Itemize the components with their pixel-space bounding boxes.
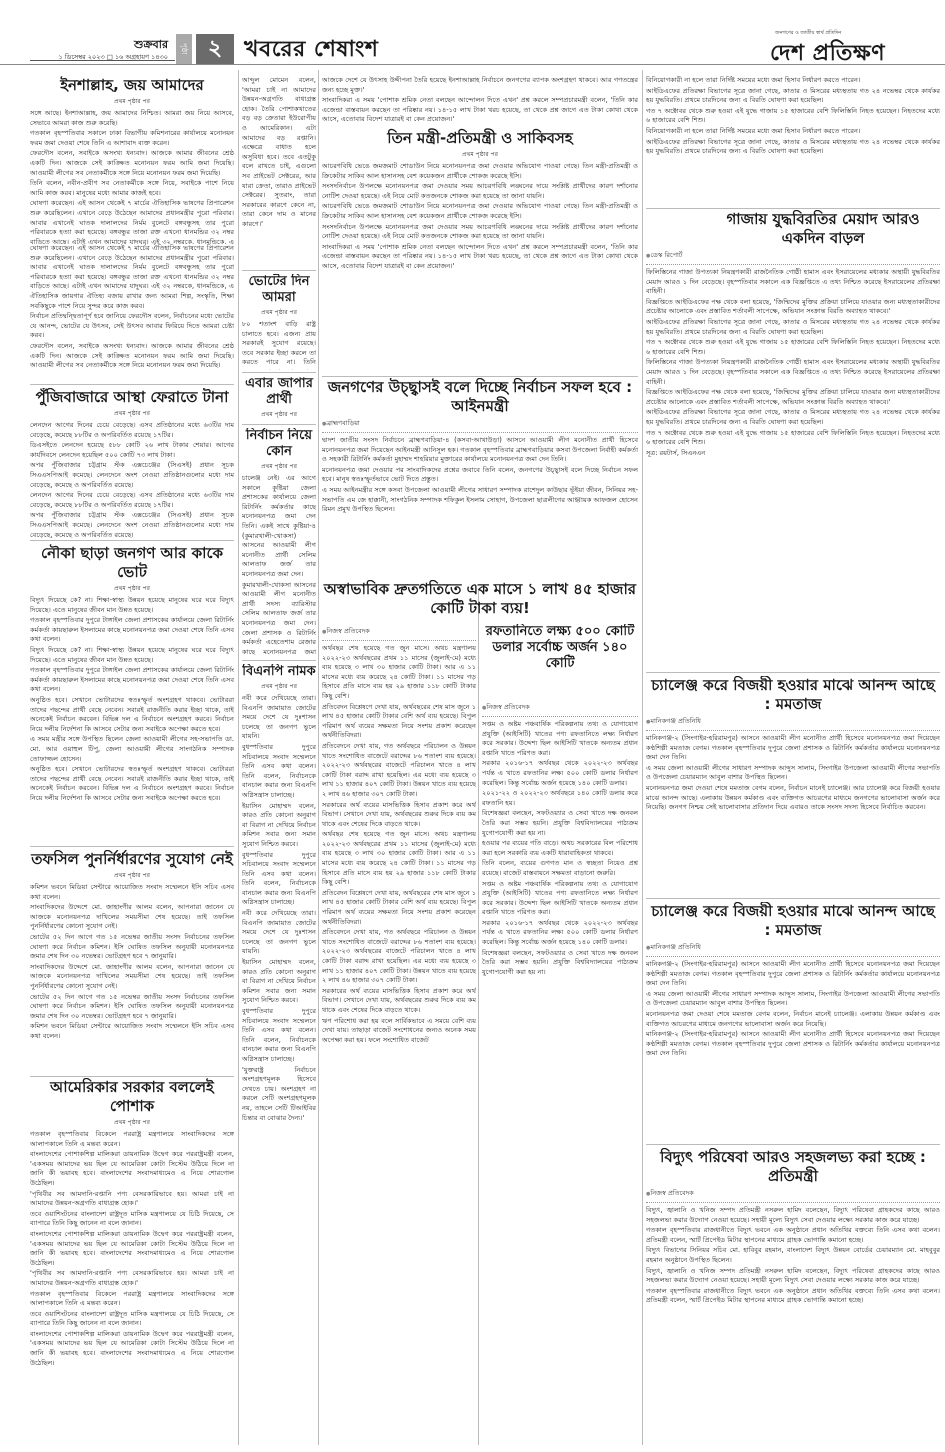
article-body: লেনদেন আগের দিনের চেয়ে বেড়েছে। এসব প্র… — [30, 421, 234, 538]
headline[interactable]: চ্যালেঞ্জ করে বিজয়ী হওয়ার মাঝে আনন্দ আ… — [646, 902, 940, 940]
headline[interactable]: ইনশাল্লাহ, জয় আমাদের — [30, 76, 234, 95]
kicker: প্রথম পৃষ্ঠার পর — [322, 149, 638, 160]
headline[interactable]: তফসিল পুনর্নির্ধারণের সুযোগ নেই — [30, 850, 234, 869]
headline[interactable]: ভোটের দিন আমরা — [242, 274, 316, 306]
article-divider — [30, 540, 234, 541]
headline[interactable]: তিন মন্ত্রী-প্রতিমন্ত্রী ও সাকিবসহ — [322, 129, 638, 148]
headline[interactable]: আমেরিকার সরকার বললেই পোশাক — [30, 1078, 234, 1116]
byline: নিজস্ব প্রতিবেদক — [322, 626, 476, 641]
kicker: প্রথম পৃষ্ঠার পর — [242, 307, 316, 318]
kicker: প্রথম পৃষ্ঠার পর — [30, 408, 234, 419]
article-us-garment[interactable]: আমেরিকার সরকার বললেই পোশাক প্রথম পৃষ্ঠার… — [30, 1078, 234, 1448]
headline[interactable]: পুঁজিবাজারে আস্থা ফেরাতে টানা — [30, 388, 234, 407]
article-election-which[interactable]: নির্বাচন নিয়ে কোন প্রথম পৃষ্ঠার পর চালে… — [242, 428, 316, 658]
headline[interactable]: জনগণের উচ্ছ্বাসই বলে দিচ্ছে নির্বাচন সফল… — [322, 378, 638, 416]
article-stock-market[interactable]: পুঁজিবাজারে আস্থা ফেরাতে টানা প্রথম পৃষ্… — [30, 388, 234, 538]
headline[interactable]: বিদ্যুৎ পরিষেবা আরও সহজলভ্য করা হচ্ছে : … — [646, 1148, 940, 1186]
byline: মানিকগঞ্জ প্রতিনিধি — [646, 942, 940, 957]
column-divider — [318, 70, 319, 1445]
date-rule — [30, 60, 175, 61]
article-challenge-momtaz-1[interactable]: চ্যালেঞ্জ করে বিজয়ী হওয়ার মাঝে আনন্দ আ… — [646, 676, 940, 896]
article-divider — [646, 208, 940, 209]
article-divider — [30, 1076, 234, 1077]
page-label: পৃষ্ঠা — [176, 34, 192, 64]
headline[interactable]: নির্বাচন নিয়ে কোন — [242, 428, 316, 460]
article-body: বিদ্যুৎ দিয়েছে কে? না। শিক্ষা-স্বাস্থ্য… — [30, 596, 234, 803]
article-divider — [322, 376, 638, 377]
byline: ব্রাহ্মণবাড়িয়া — [322, 418, 638, 433]
kicker: প্রথম পৃষ্ঠার পর — [30, 96, 234, 107]
article-bnp-named[interactable]: বিএনপি নামক প্রথম পৃষ্ঠার পর নবী করে দেখ… — [242, 664, 316, 1448]
article-body: কমিশন ভবনে মিডিয়া সেন্টারে আয়োজিত সংবা… — [30, 883, 234, 1042]
kicker: প্রথম পৃষ্ঠার পর — [242, 409, 316, 420]
article-abnormal-spend-head[interactable]: অস্বাভাবিক দ্রুতগতিতে এক মাসে ১ লাখ ৪৫ হ… — [322, 580, 638, 624]
article-body: সঙ্গে আছে। ইনশাআল্লাহ, জয় আমাদের নিশ্চি… — [30, 109, 234, 244]
article-tofsil[interactable]: তফসিল পুনর্নির্ধারণের সুযোগ নেই প্রথম পৃ… — [30, 850, 234, 1082]
article-momen-cont: আব্দুল মোমেন বলেন, 'আমরা চাই না আমাদের উ… — [242, 76, 316, 268]
article-boat-vote[interactable]: নৌকা ছাড়া জনগণ আর কাকে ভোট প্রথম পৃষ্ঠা… — [30, 544, 234, 844]
headline[interactable]: চ্যালেঞ্জ করে বিজয়ী হওয়ার মাঝে আনন্দ আ… — [646, 676, 940, 714]
headline[interactable]: রফতানিতে লক্ষ্য ৫০০ কোটি ডলার সর্বোচ্চ অ… — [482, 624, 638, 672]
article-export-target: নিজস্ব প্রতিবেদক সপ্তম ও অষ্টম পঞ্চবার্ষ… — [482, 700, 638, 1448]
kicker: প্রথম পৃষ্ঠার পর — [30, 1117, 234, 1128]
column-divider — [642, 70, 643, 1445]
kicker: প্রথম পৃষ্ঠার পর — [242, 461, 316, 472]
article-abnormal-spend: নিজস্ব প্রতিবেদক অর্থবছর শেষ হয়েছে গত জ… — [322, 624, 476, 1448]
byline: নিজস্ব প্রতিবেদক — [482, 702, 638, 717]
article-divider — [646, 1144, 940, 1145]
masthead: শুক্রবার ১ ডিসেম্বর ২০২৩ □ ১৬ অগ্রহায়ণ … — [0, 0, 945, 66]
article-body: গতকাল বৃহস্পতিবার বিকেলে পররাষ্ট্র মন্ত্… — [30, 1130, 234, 1368]
article-electricity[interactable]: বিদ্যুৎ পরিষেবা আরও সহজলভ্য করা হচ্ছে : … — [646, 1148, 940, 1448]
byline: নিজস্ব প্রতিবেদক — [646, 1188, 940, 1203]
headline[interactable]: গাজায় যুদ্ধবিরতির মেয়াদ আরও একদিন বাড়… — [646, 210, 940, 248]
column-divider — [478, 590, 479, 1445]
article-vote-day[interactable]: ভোটের দিন আমরা প্রথম পৃষ্ঠার পর ৮০ শতাংশ… — [242, 274, 316, 370]
headline[interactable]: নৌকা ছাড়া জনগণ আর কাকে ভোট — [30, 544, 234, 582]
article-divider — [30, 384, 234, 385]
article-divider — [646, 672, 940, 673]
article-challenge-momtaz-2[interactable]: চ্যালেঞ্জ করে বিজয়ী হওয়ার মাঝে আনন্দ আ… — [646, 902, 940, 1142]
article-divider — [242, 660, 316, 661]
column-divider — [238, 70, 239, 1445]
article-again-candidate[interactable]: এবার জাপার প্রার্থী প্রথম পৃষ্ঠার পর মনো… — [242, 376, 316, 422]
byline: মানিকগঞ্জ প্রতিনিধি — [646, 716, 940, 731]
article-law-minister[interactable]: জনগণের উচ্ছ্বাসই বলে দিচ্ছে নির্বাচন সফল… — [322, 378, 638, 574]
headline[interactable]: বিএনপি নামক — [242, 664, 316, 680]
brand-logo: দেশ প্রতিক্ষণ — [770, 36, 885, 73]
page-number: ২ — [196, 34, 234, 64]
article-divider — [242, 270, 316, 271]
kicker: প্রথম পৃষ্ঠার পর — [30, 583, 234, 594]
kicker: প্রথম পৃষ্ঠার পর — [30, 870, 234, 881]
article-divider — [30, 846, 234, 847]
masthead-divider — [0, 64, 945, 65]
article-divider — [242, 424, 316, 425]
headline[interactable]: এবার জাপার প্রার্থী — [242, 376, 316, 408]
issue-date: ১ ডিসেম্বর ২০২৩ □ ১৬ অগ্রহায়ণ ১৪৩০ — [40, 52, 168, 63]
article-gaza-lead: বিনিয়োগকারী না হলে তারা নির্দিষ্ট সময়ে… — [646, 76, 940, 206]
article-three-ministers[interactable]: আজকে দেশে যে উৎসাহ উদ্দীপনা তৈরি হয়েছে … — [322, 76, 638, 376]
article-divider — [242, 372, 316, 373]
article-inshallah[interactable]: ইনশাল্লাহ, জয় আমাদের প্রথম পৃষ্ঠার পর স… — [30, 76, 234, 244]
headline[interactable]: অস্বাভাবিক দ্রুতগতিতে এক মাসে ১ লাখ ৪৫ হ… — [322, 580, 638, 618]
article-inshallah-cont: ঘোষণা করেছেন। এই আসন থেকেই ৭ মার্চের ঐতি… — [30, 244, 234, 382]
byline: ডেস্ক রিপোর্ট — [646, 250, 940, 265]
kicker: প্রথম পৃষ্ঠার পর — [242, 681, 316, 692]
article-gaza-ceasefire[interactable]: গাজায় যুদ্ধবিরতির মেয়াদ আরও একদিন বাড়… — [646, 210, 940, 670]
article-export-target-head[interactable]: রফতানিতে লক্ষ্য ৫০০ কোটি ডলার সর্বোচ্চ অ… — [482, 624, 638, 700]
article-divider — [646, 898, 940, 899]
